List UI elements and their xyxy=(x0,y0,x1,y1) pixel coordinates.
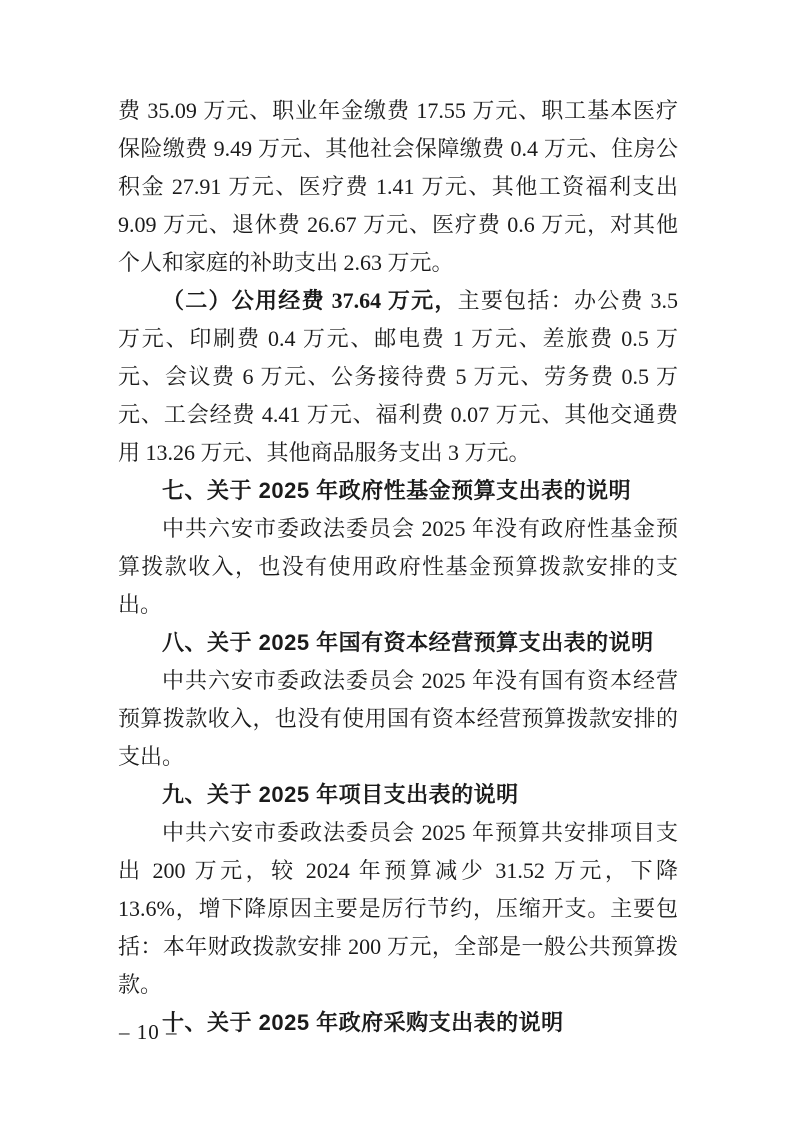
heading-section-8-state-capital-budget: 八、关于 2025 年国有资本经营预算支出表的说明 xyxy=(118,624,678,662)
heading-section-7-government-fund-budget: 七、关于 2025 年政府性基金预算支出表的说明 xyxy=(118,472,678,510)
paragraph-section-8-body: 中共六安市委政法委员会 2025 年没有国有资本经营预算拨款收入，也没有使用国有… xyxy=(118,662,678,776)
heading-section-10-government-procurement: 十、关于 2025 年政府采购支出表的说明 xyxy=(118,1004,678,1042)
heading-section-9-project-expenditure: 九、关于 2025 年项目支出表的说明 xyxy=(118,776,678,814)
page-number: – 10 – xyxy=(119,1019,178,1045)
document-body: 费 35.09 万元、职业年金缴费 17.55 万元、职工基本医疗保险缴费 9.… xyxy=(118,92,678,1042)
paragraph-section-9-body: 中共六安市委政法委员会 2025 年预算共安排项目支出 200 万元，较 202… xyxy=(118,814,678,1004)
paragraph-personnel-expenses-continued: 费 35.09 万元、职业年金缴费 17.55 万元、职工基本医疗保险缴费 9.… xyxy=(118,92,678,282)
public-expenses-detail: 主要包括：办公费 3.5 万元、印刷费 0.4 万元、邮电费 1 万元、差旅费 … xyxy=(118,288,678,465)
public-expenses-bold-lead: （二）公用经费 37.64 万元， xyxy=(162,288,458,313)
paragraph-section-7-body: 中共六安市委政法委员会 2025 年没有政府性基金预算拨款收入，也没有使用政府性… xyxy=(118,510,678,624)
document-page: { "page": { "background_color": "#ffffff… xyxy=(0,0,793,1122)
paragraph-public-expenses: （二）公用经费 37.64 万元，主要包括：办公费 3.5 万元、印刷费 0.4… xyxy=(118,282,678,472)
